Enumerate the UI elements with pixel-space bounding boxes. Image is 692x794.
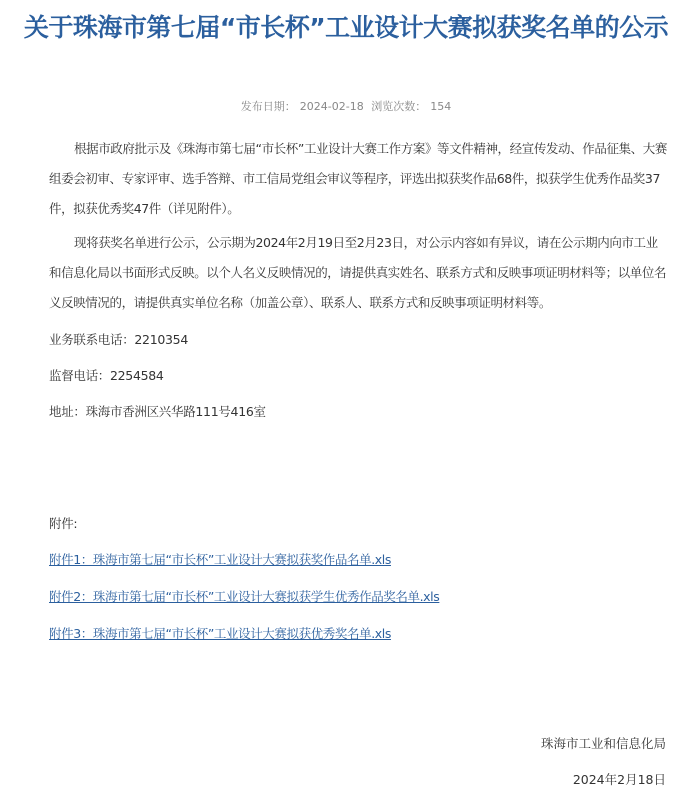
attachment-link-1[interactable]: 附件1：珠海市第七届“市长杯”工业设计大赛拟获奖作品名单.xls [49, 550, 391, 568]
signature-org: 珠海市工业和信息化局 [541, 734, 666, 752]
address: 地址：珠海市香洲区兴华路111号416室 [49, 402, 266, 420]
page-title: 关于珠海市第七届“市长杯”工业设计大赛拟获奖名单的公示 [0, 10, 692, 46]
business-phone: 业务联系电话：2210354 [49, 330, 188, 348]
publish-date: 2024-02-18 [300, 100, 364, 113]
attachment-link-2[interactable]: 附件2：珠海市第七届“市长杯”工业设计大赛拟获学生优秀作品奖名单.xls [49, 587, 439, 605]
paragraph-notice: 现将获奖名单进行公示，公示期为2024年2月19日至2月23日，对公示内容如有异… [49, 228, 669, 318]
publish-date-label: 发布日期： [241, 100, 296, 113]
attachment-link-3[interactable]: 附件3：珠海市第七届“市长杯”工业设计大赛拟获优秀奖名单.xls [49, 624, 391, 642]
signature-date: 2024年2月18日 [573, 770, 666, 788]
attachments-label: 附件: [49, 514, 77, 532]
paragraph-intro: 根据市政府批示及《珠海市第七届“市长杯”工业设计大赛工作方案》等文件精神，经宣传… [49, 134, 669, 224]
view-count: 154 [430, 100, 451, 113]
supervision-phone: 监督电话：2254584 [49, 366, 164, 384]
view-count-label: 浏览次数： [371, 100, 426, 113]
article-meta: 发布日期：2024-02-18 浏览次数：154 [0, 98, 692, 114]
